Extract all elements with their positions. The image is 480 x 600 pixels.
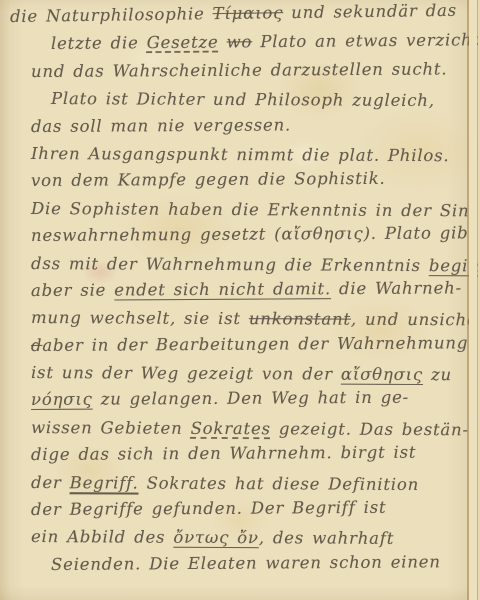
manuscript-page: die Naturphilosophie Τίμαιος und sekundä… bbox=[0, 0, 480, 600]
text-segment: Sokrates hat diese Definition bbox=[139, 473, 420, 493]
text-segment: ). Plato gibt zu bbox=[363, 223, 480, 243]
greek-term: αἴσθησις bbox=[341, 365, 423, 384]
text-segment: wo bbox=[226, 33, 252, 52]
text-segment: der Begriffe gefunden. Der Begriff ist bbox=[31, 498, 387, 519]
manuscript-line: der Begriffe gefunden. Der Begriff ist bbox=[31, 493, 464, 523]
manuscript-line: von dem Kampfe gegen die Sophistik. bbox=[31, 165, 464, 195]
text-segment: Gesetze bbox=[147, 33, 219, 53]
text-segment: und sekundär das bbox=[283, 1, 457, 22]
text-segment: letzte die bbox=[51, 34, 147, 54]
text-segment: Begriff. bbox=[70, 473, 139, 492]
text-segment: aber sie bbox=[31, 280, 114, 300]
text-segment: die Wahrneh- bbox=[331, 278, 462, 298]
text-segment: neswahrnehmung gesetzt ( bbox=[31, 225, 282, 246]
manuscript-line: Seienden. Die Eleaten waren schon einen bbox=[51, 548, 464, 578]
manuscript-line: neswahrnehmung gesetzt (αἴσθησις). Plato… bbox=[31, 219, 464, 249]
manuscript-line: νόησις zu gelangen. Den Weg hat in ge- bbox=[31, 384, 464, 414]
text-segment: das soll man nie vergessen. bbox=[31, 115, 291, 136]
text-segment: und das Wahrscheinliche darzustellen suc… bbox=[31, 59, 447, 81]
text-segment: dss mit der Wahrnehmung die Erkenntnis bbox=[31, 254, 429, 275]
text-segment: Plato an etwas verzichtet, bbox=[252, 30, 480, 51]
manuscript-line: daber in der Bearbeitungen der Wahrnehmu… bbox=[31, 329, 464, 359]
greek-term: αἴσθησις bbox=[281, 224, 363, 244]
text-segment: , und unsicher bbox=[351, 310, 480, 330]
manuscript-line: aber sie endet sich nicht damit. die Wah… bbox=[31, 274, 464, 304]
greek-term: Τίμαιος bbox=[212, 3, 283, 23]
text-segment: die Naturphilosophie bbox=[10, 4, 213, 26]
greek-term: νόησις bbox=[31, 390, 93, 409]
text-segment: ein Abbild des bbox=[31, 527, 173, 547]
text-segment: ist uns der Weg gezeigt von der bbox=[31, 363, 341, 384]
text-segment: dige das sich in den Wahrnehm. birgt ist bbox=[31, 443, 416, 464]
text-segment: Plato ist Dichter und Philosoph zugleich… bbox=[51, 89, 435, 110]
page-edge-strip bbox=[467, 0, 480, 600]
manuscript-text: die Naturphilosophie Τίμαιος und sekundä… bbox=[0, 3, 464, 578]
greek-term: ὄντως ὄν bbox=[173, 528, 259, 547]
manuscript-line: letzte die Gesetze wo Plato an etwas ver… bbox=[51, 27, 464, 58]
text-segment: Seienden. Die Eleaten waren schon einen bbox=[51, 552, 441, 574]
text-segment: von dem Kampfe gegen die Sophistik. bbox=[31, 169, 386, 190]
text-segment bbox=[218, 33, 226, 52]
text-segment: Ihren Ausgangspunkt nimmt die plat. Phil… bbox=[31, 144, 450, 165]
text-segment: aber in der Bearbeitungen der Wahrnehmun… bbox=[42, 333, 468, 355]
manuscript-line: die Naturphilosophie Τίμαιος und sekundä… bbox=[10, 0, 464, 30]
text-segment: unkonstant bbox=[249, 309, 351, 329]
manuscript-line: das soll man nie vergessen. bbox=[31, 110, 464, 140]
text-segment: Sokrates bbox=[191, 419, 271, 438]
text-segment: , des wahrhaft bbox=[259, 529, 395, 549]
text-segment: zu gelangen. Den Weg hat in ge- bbox=[93, 388, 409, 409]
text-segment: d bbox=[31, 336, 42, 355]
manuscript-line: dige das sich in den Wahrnehm. birgt ist bbox=[31, 439, 464, 469]
text-segment: Die Sophisten haben die Erkenntnis in de… bbox=[31, 199, 476, 220]
text-segment: wissen Gebieten bbox=[31, 418, 191, 438]
text-segment: mung wechselt, sie ist bbox=[31, 308, 249, 328]
manuscript-line: und das Wahrscheinliche darzustellen suc… bbox=[31, 55, 464, 85]
text-segment: zu bbox=[423, 365, 452, 384]
text-segment: endet sich nicht damit. bbox=[114, 279, 331, 299]
text-segment: der bbox=[31, 473, 70, 492]
text-segment: gezeigt. Das bestän- bbox=[271, 419, 469, 439]
